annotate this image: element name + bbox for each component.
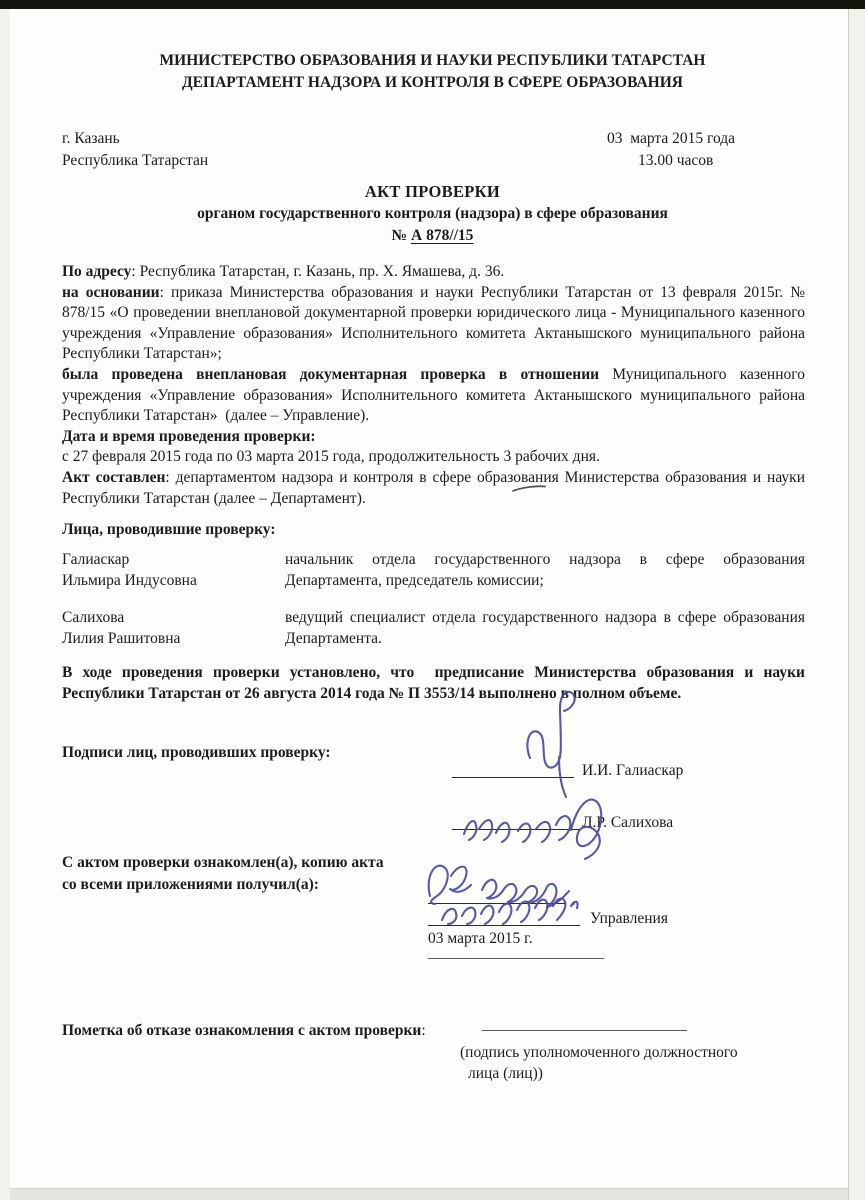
signatures-heading: Подписи лиц, проводивших проверку: [62,742,331,763]
person-role: ведущий специалист отдела государственно… [285,607,805,649]
person-row-1: Галиаскар Ильмира Индусовна начальник от… [62,549,805,591]
doc-time: 13.00 часов [638,150,713,171]
person-name: Салихова Лилия Рашитовна [62,607,285,649]
signature-salikhova-ink [458,786,636,862]
main-text-block: По адресу: Республика Татарстан, г. Каза… [62,262,805,509]
ack-line-2: со всеми приложениями получил(а): [62,874,319,895]
persons-heading: Лица, проводившие проверку: [62,519,276,540]
scan-bottom-edge [10,1188,848,1200]
findings-paragraph: В ходе проведения проверки установлено, … [62,662,805,704]
scanned-document: МИНИСТЕРСТВО ОБРАЗОВАНИЯ И НАУКИ РЕСПУБЛ… [0,0,865,1200]
paragraph-datetime-text: с 27 февраля 2015 года по 03 марта 2015 … [62,447,805,468]
doc-number: А 878//15 [411,227,473,244]
ack-date: 03 марта 2015 г. [428,928,533,949]
person-row-2: Салихова Лилия Рашитовна ведущий специал… [62,607,805,649]
ack-blank-line [428,958,604,959]
doc-number-prefix: № [392,227,411,244]
refusal-blank-line [482,1030,687,1031]
refusal-label-line: Пометка об отказе ознакомления с актом п… [62,1020,426,1041]
ack-line-1: С актом проверки ознакомлен(а), копию ак… [62,852,384,873]
ack-org: Управления [590,908,668,929]
doc-subtitle: органом государственного контроля (надзо… [0,203,865,224]
header-line-2: ДЕПАРТАМЕНТ НАДЗОРА И КОНТРОЛЯ В СФЕРЕ О… [0,72,865,93]
scan-top-edge [0,0,865,9]
paragraph-datetime-label: Дата и время проведения проверки: [62,427,805,448]
stray-pen-mark [510,483,548,495]
ack-position-handwriting [436,894,582,928]
person-role: начальник отдела государственного надзор… [285,549,805,591]
paragraph-conducted: была проведена внеплановая документарная… [62,365,805,427]
refusal-note-2: лица (лиц)) [468,1063,543,1084]
doc-date: 03 марта 2015 года [607,128,735,149]
paragraph-address: По адресу: Республика Татарстан, г. Каза… [62,262,805,283]
paragraph-composed: Акт составлен: департаментом надзора и к… [62,468,805,509]
doc-region: Республика Татарстан [62,150,208,171]
paragraph-basis: на основании: приказа Министерства образ… [62,283,805,365]
doc-title: АКТ ПРОВЕРКИ [0,181,865,202]
header-line-1: МИНИСТЕРСТВО ОБРАЗОВАНИЯ И НАУКИ РЕСПУБЛ… [0,50,865,71]
person-name: Галиаскар Ильмира Индусовна [62,549,285,591]
doc-city: г. Казань [62,128,120,149]
signature-galiaskar-ink [514,686,609,800]
refusal-note-1: (подпись уполномоченного должностного [460,1042,738,1063]
doc-number-line: № А 878//15 [0,225,865,246]
